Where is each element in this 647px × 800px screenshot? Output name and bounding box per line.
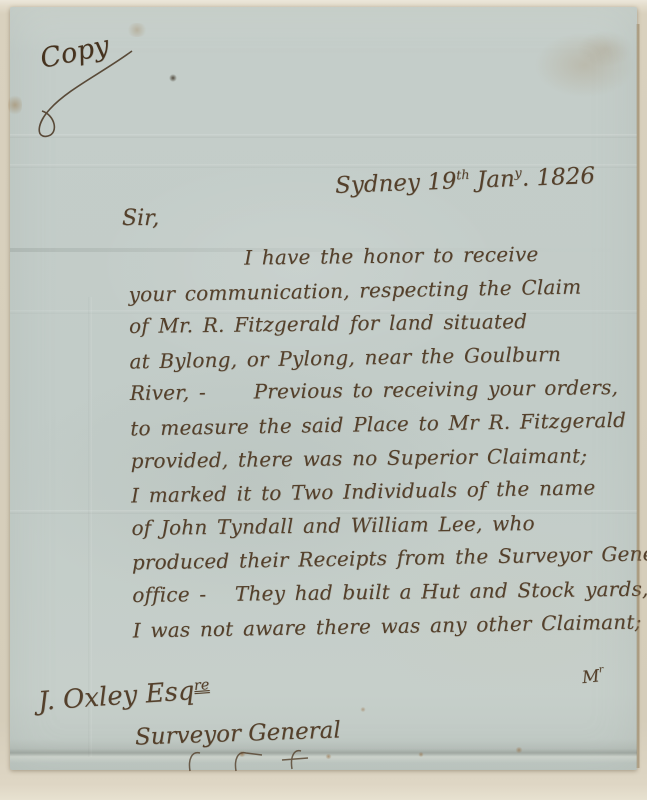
foxing-stain: [515, 747, 523, 753]
dateline-ordinal: th: [456, 167, 470, 182]
addressee-suffix: re: [193, 677, 209, 694]
ink-spot: [169, 74, 177, 82]
foxing-stain: [360, 707, 366, 712]
addressee-name: J. Oxley Esqre: [37, 675, 211, 717]
foxing-stain: [325, 754, 332, 759]
dateline-month: Jan: [469, 166, 515, 194]
catchword-sup: r: [598, 664, 604, 675]
addressee-name-text: J. Oxley Esq: [37, 676, 195, 717]
foxing-stain: [8, 93, 22, 117]
letter-body: I have the honor to receive your communi…: [128, 236, 647, 646]
letter-paper: Copy Sydney 19th Jany. 1826 Sir, I have …: [10, 7, 637, 770]
pen-flourish: [180, 747, 310, 773]
dateline-year: . 1826: [521, 163, 595, 192]
scanned-letter-page: { "letter": { "copy_annotation": "Copy",…: [0, 0, 647, 800]
dateline-place: Sydney 19: [335, 168, 457, 199]
foxing-stain: [418, 752, 424, 757]
catchword: Mr: [581, 664, 605, 688]
second-sheet-edge: [636, 24, 640, 768]
salutation: Sir,: [122, 206, 159, 231]
foxing-stain: [126, 23, 148, 37]
